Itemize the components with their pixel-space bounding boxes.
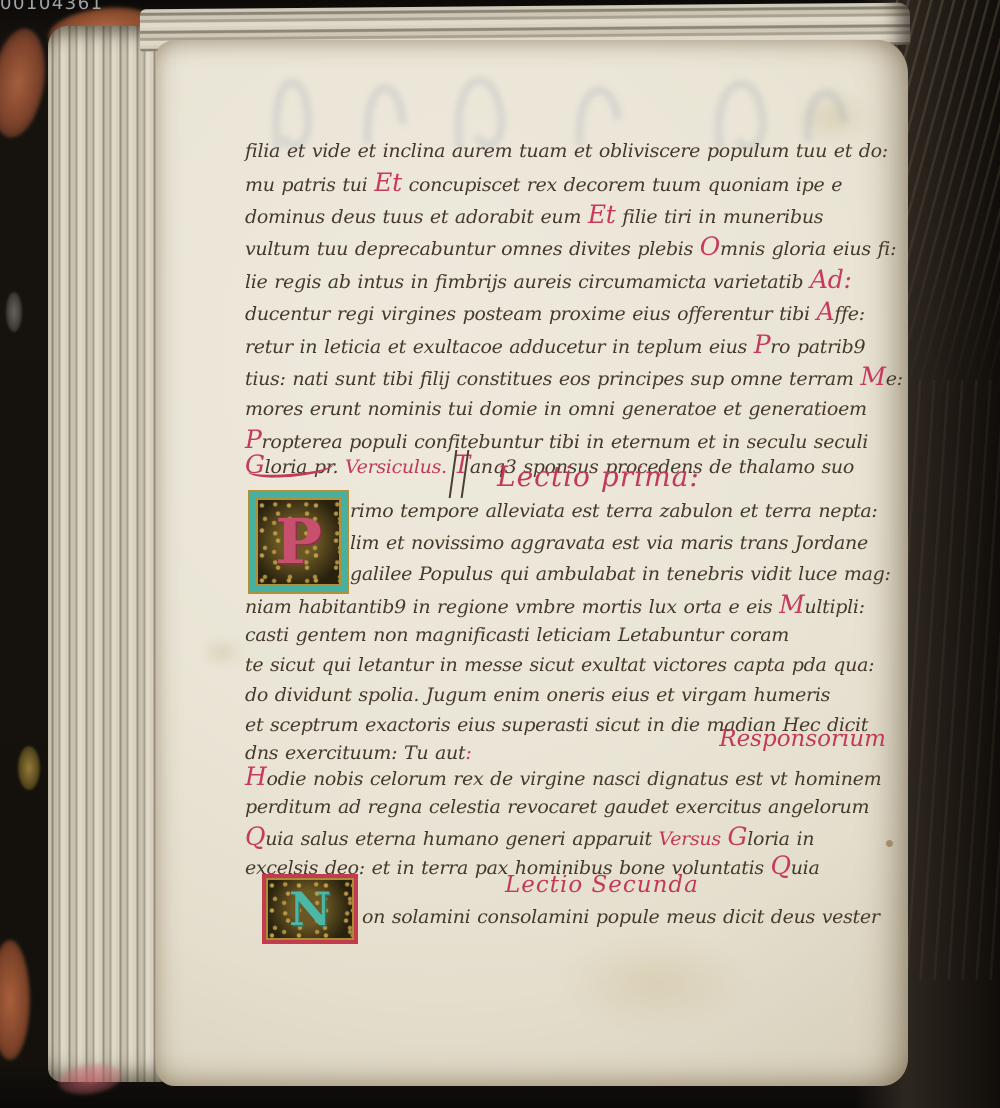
latin-text: on solamini consolamini popule meus dici… bbox=[362, 906, 880, 928]
latin-text: ro patrib9 bbox=[770, 336, 865, 358]
latin-text: filie tiri in muneribus bbox=[616, 206, 824, 228]
latin-text: uia salus eterna humano generi apparuit bbox=[265, 828, 658, 850]
heading-lectio-secunda: Lectio Secunda bbox=[505, 872, 699, 898]
manuscript-line: te sicut qui letantur in messe sicut exu… bbox=[245, 650, 874, 680]
manuscript-line: retur in leticia et exultacoe adducetur … bbox=[245, 330, 865, 362]
manuscript-line: do dividunt spolia. Jugum enim oneris ei… bbox=[245, 680, 830, 710]
illuminated-initial-N: N bbox=[262, 874, 358, 944]
rubric-text: G bbox=[728, 822, 748, 851]
latin-text: vultum tuu deprecabuntur omnes divites p… bbox=[245, 238, 700, 260]
latin-text: uia bbox=[791, 857, 820, 879]
manuscript-line: dominus deus tuus et adorabit eum Et fil… bbox=[245, 200, 823, 232]
rubric-text: Q bbox=[245, 822, 265, 851]
initial-letter-N: N bbox=[289, 886, 331, 932]
latin-text: galilee Populus qui ambulabat in tenebri… bbox=[350, 563, 891, 585]
manuscript-line: mores erunt nominis tui domie in omni ge… bbox=[245, 394, 867, 424]
latin-text: do dividunt spolia. Jugum enim oneris ei… bbox=[245, 684, 830, 706]
manuscript-line: lie regis ab intus in fimbrijs aureis ci… bbox=[245, 265, 852, 297]
latin-text: mores erunt nominis tui domie in omni ge… bbox=[245, 398, 867, 420]
manuscript-line: casti gentem non magnificasti leticiam L… bbox=[245, 620, 789, 650]
latin-text: niam habitantib9 in regione vmbre mortis… bbox=[245, 596, 779, 618]
manuscript-line: rimo tempore alleviata est terra zabulon… bbox=[350, 496, 878, 526]
rubric-text: : bbox=[465, 742, 471, 764]
rubric-text: Et bbox=[588, 200, 616, 229]
latin-text: e: bbox=[886, 368, 903, 390]
initial-letter-P: P bbox=[275, 511, 322, 573]
latin-text: retur in leticia et exultacoe adducetur … bbox=[245, 336, 754, 358]
manuscript-line: filia et vide et inclina aurem tuam et o… bbox=[245, 136, 888, 166]
latin-text: perditum ad regna celestia revocaret gau… bbox=[245, 796, 869, 818]
rubric-text: A bbox=[817, 297, 835, 326]
latin-text: rimo tempore alleviata est terra zabulon… bbox=[350, 500, 878, 522]
manuscript-line: Hodie nobis celorum rex de virgine nasci… bbox=[245, 762, 881, 794]
rubric-text: Et bbox=[374, 168, 402, 197]
heading-responsorium: Responsorium bbox=[690, 726, 886, 752]
rubric-text: Q bbox=[771, 851, 791, 880]
latin-text: filia et vide et inclina aurem tuam et o… bbox=[245, 140, 888, 162]
manuscript-line: on solamini consolamini popule meus dici… bbox=[362, 902, 880, 932]
text-block: filia et vide et inclina aurem tuam et o… bbox=[0, 0, 1000, 1108]
rubric-text: O bbox=[700, 232, 720, 261]
latin-text: lie regis ab intus in fimbrijs aureis ci… bbox=[245, 271, 810, 293]
manuscript-line: vultum tuu deprecabuntur omnes divites p… bbox=[245, 232, 896, 264]
latin-text: concupiscet rex decorem tuum quoniam ipe… bbox=[402, 174, 842, 196]
rubric-text: H bbox=[245, 762, 267, 791]
latin-text: ultipli: bbox=[804, 596, 864, 618]
latin-text: mnis gloria eius fi: bbox=[720, 238, 896, 260]
manuscript-line: mu patris tui Et concupiscet rex decorem… bbox=[245, 168, 842, 200]
manuscript-photo: filia et vide et inclina aurem tuam et o… bbox=[0, 0, 1000, 1108]
latin-text: loria in bbox=[747, 828, 814, 850]
manuscript-line: lim et novissimo aggravata est via maris… bbox=[350, 528, 868, 558]
latin-text: te sicut qui letantur in messe sicut exu… bbox=[245, 654, 874, 676]
rubric-text: M bbox=[779, 590, 804, 619]
latin-text: ducentur regi virgines posteam proxime e… bbox=[245, 303, 817, 325]
rubric-text: Ad: bbox=[810, 265, 852, 294]
rubric-text: Versus bbox=[659, 828, 728, 850]
manuscript-line: ducentur regi virgines posteam proxime e… bbox=[245, 297, 865, 329]
latin-text: mu patris tui bbox=[245, 174, 374, 196]
latin-text: tius: nati sunt tibi filij constitues eo… bbox=[245, 368, 860, 390]
manuscript-line: perditum ad regna celestia revocaret gau… bbox=[245, 792, 869, 822]
digitization-id-watermark: 00104361 bbox=[0, 0, 104, 14]
manuscript-line: Quia salus eterna humano generi apparuit… bbox=[245, 822, 814, 854]
latin-text: casti gentem non magnificasti leticiam L… bbox=[245, 624, 789, 646]
heading-lectio-prima: Lectio prima: bbox=[497, 460, 700, 493]
illuminated-initial-P: P bbox=[250, 492, 347, 592]
manuscript-line: galilee Populus qui ambulabat in tenebri… bbox=[350, 559, 891, 589]
latin-text: dominus deus tuus et adorabit eum bbox=[245, 206, 588, 228]
manuscript-line: niam habitantib9 in regione vmbre mortis… bbox=[245, 590, 865, 622]
manuscript-line: tius: nati sunt tibi filij constitues eo… bbox=[245, 362, 903, 394]
latin-text: dns exercituum: Tu aut bbox=[245, 742, 465, 764]
latin-text: lim et novissimo aggravata est via maris… bbox=[350, 532, 868, 554]
latin-text: odie nobis celorum rex de virgine nasci … bbox=[267, 768, 882, 790]
latin-text: ffe: bbox=[834, 303, 865, 325]
rubric-text: M bbox=[860, 362, 885, 391]
rubric-text: Versiculus. bbox=[345, 456, 454, 478]
rubric-text: P bbox=[754, 330, 771, 359]
